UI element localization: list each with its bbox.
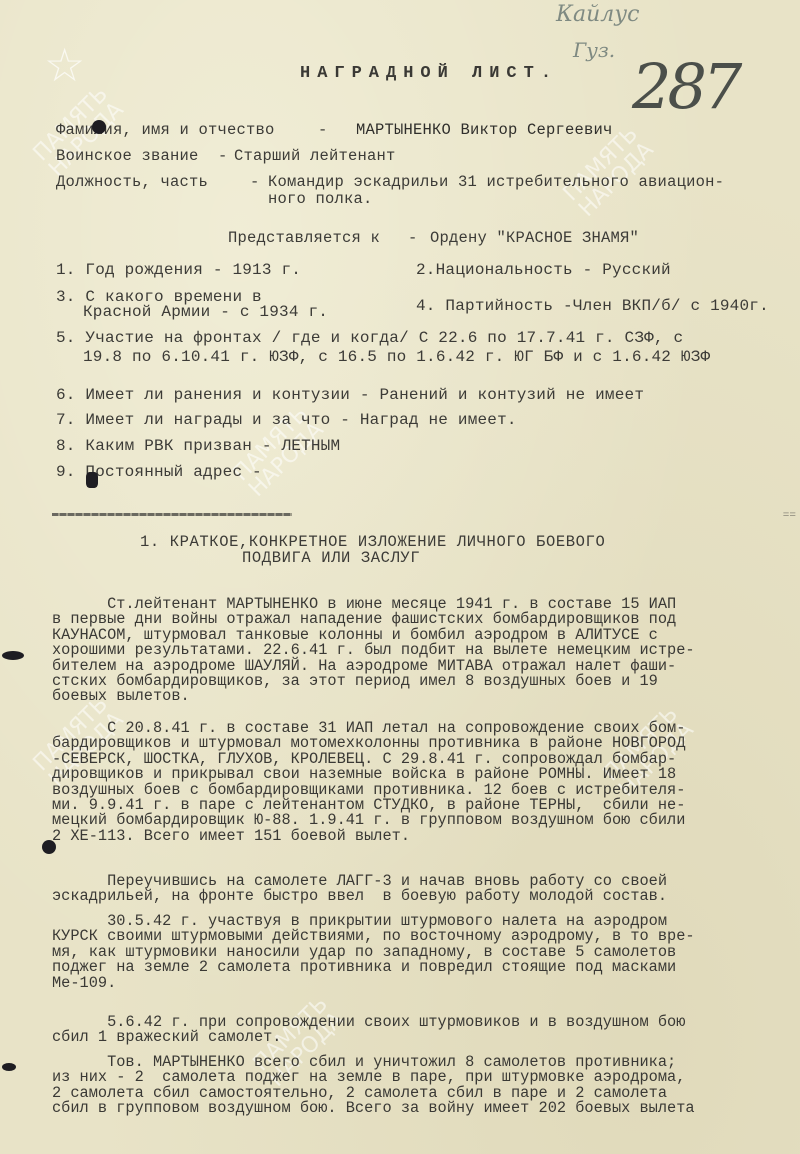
ink-blot	[2, 651, 24, 660]
post-label: Должность, часть	[56, 173, 208, 191]
body-paragraph: Тов. МАРТЫНЕНКО всего сбил и уничтожил 8…	[52, 1055, 782, 1117]
field-nationality: 2.Национальность - Русский	[416, 261, 671, 279]
section-heading-cont: ПОДВИГА ИЛИ ЗАСЛУГ	[242, 549, 420, 567]
rank-value: Старший лейтенант	[234, 147, 396, 165]
field-birth-year: 1. Год рождения - 1913 г.	[56, 261, 301, 279]
divider	[52, 513, 292, 516]
sheet-number: 287	[632, 50, 738, 123]
handwritten-note: Гуз.	[573, 38, 615, 62]
ink-blot	[86, 472, 98, 488]
ink-blot	[2, 1063, 16, 1071]
field-wounds: 6. Имеет ли ранения и контузии - Ранений…	[56, 386, 644, 404]
star-icon: ☆	[44, 38, 85, 92]
name-value: МАРТЫНЕНКО Виктор Сергеевич	[356, 121, 613, 139]
post-value: Командир эскадрильи 31 истребительного а…	[268, 173, 724, 191]
body-paragraph: 5.6.42 г. при сопровождении своих штурмо…	[52, 1015, 782, 1046]
body-paragraph: 30.5.42 г. участвуя в прикрытии штурмово…	[52, 914, 782, 991]
field-fronts: 5. Участие на фронтах / где и когда/ С 2…	[56, 329, 683, 347]
body-paragraph: С 20.8.41 г. в составе 31 ИАП летал на с…	[52, 721, 782, 844]
nominated-label: Представляется к	[228, 229, 380, 247]
rank-label: Воинское звание	[56, 147, 199, 165]
field-draft-office: 8. Каким РВК призван - ЛЕТНЫМ	[56, 437, 340, 455]
body-paragraph: Переучившись на самолете ЛАГГ-3 и начав …	[52, 874, 782, 905]
post-value-cont: ного полка.	[268, 190, 373, 208]
name-label: Фамилия, имя и отчество	[56, 121, 275, 139]
nominated-value: Ордену "КРАСНОЕ ЗНАМЯ"	[430, 229, 639, 247]
handwritten-note: Кайлус	[556, 2, 639, 27]
ink-blot	[92, 120, 106, 134]
body-paragraph: Ст.лейтенант МАРТЫНЕНКО в июне месяце 19…	[52, 597, 782, 705]
field-party: 4. Партийность -Член ВКП/б/ с 1940г.	[416, 297, 769, 315]
field-awards: 7. Имеет ли награды и за что - Наград не…	[56, 411, 517, 429]
page-title: НАГРАДНОЙ ЛИСТ.	[300, 64, 558, 83]
